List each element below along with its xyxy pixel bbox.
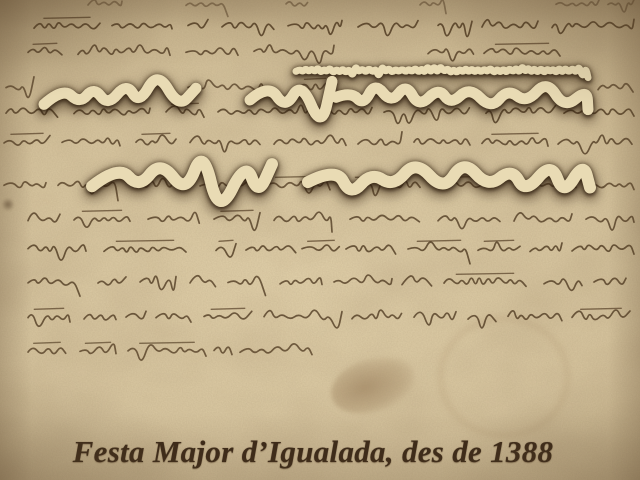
poster-caption: Festa Major d’Igualada, des de 1388: [0, 433, 633, 471]
manuscript-poster: Festa Major d’Igualada, des de 1388: [0, 0, 640, 480]
manuscript-artwork: [0, 0, 640, 480]
